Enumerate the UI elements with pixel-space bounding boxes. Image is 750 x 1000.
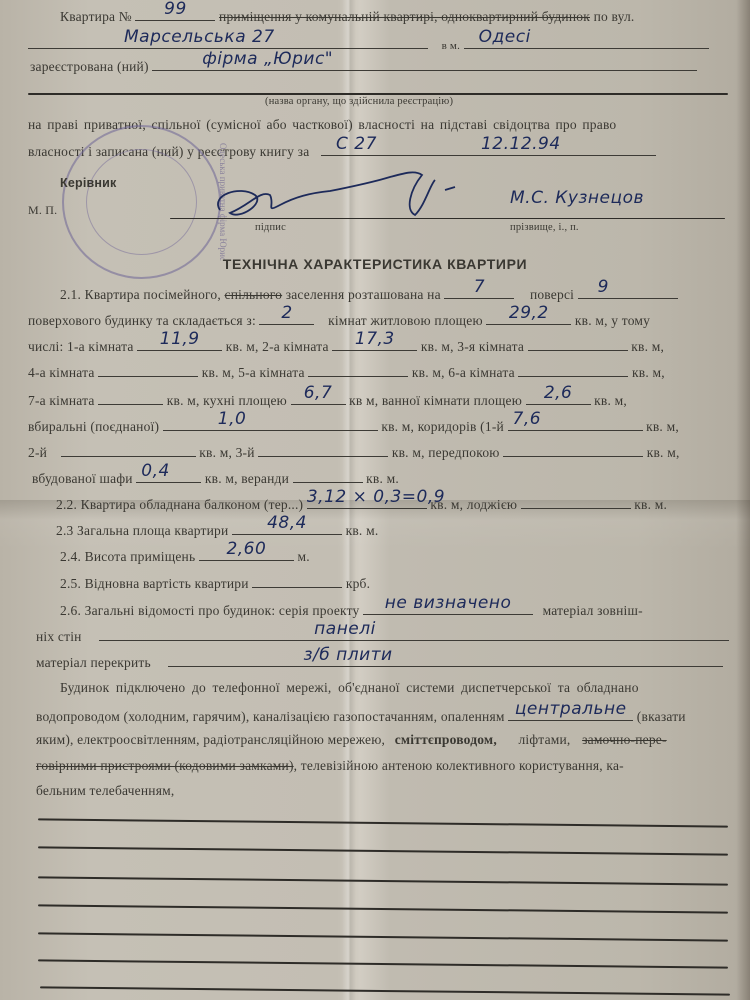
utilities-line-4: говірними пристроями (кодовими замками),…	[36, 758, 624, 774]
utilities-line-3: яким), електроосвітленням, радіотрансляц…	[36, 732, 667, 748]
registration-caption: (назва органу, що здійснила реєстрацію)	[265, 96, 453, 107]
manager-label: Керівник	[60, 176, 116, 190]
section-2-1-line-8: вбудованої шафи 0,4 кв. м, веранди кв. м…	[32, 468, 399, 487]
corridor3-field	[258, 442, 388, 457]
floors-material-field: з/б плити	[168, 652, 723, 667]
room4-field	[98, 362, 198, 377]
loggia-field	[521, 494, 631, 509]
room5-field	[308, 362, 408, 377]
apartment-line: Квартира № 99 приміщення у комунальній к…	[60, 6, 635, 25]
hallway-field	[503, 442, 643, 457]
bathroom-field: 2,6	[526, 390, 591, 405]
paper-edge	[736, 0, 750, 1000]
veranda-field	[293, 468, 363, 483]
room7-field	[98, 390, 163, 405]
street-field: Марсельська 27	[28, 34, 428, 49]
registry-field: С 27 12.12.94	[321, 141, 656, 156]
registered-field: фірма „Юрис"	[152, 56, 697, 71]
corridor2-field	[61, 442, 196, 457]
rooms-field: 2	[259, 310, 314, 325]
mp-label: М. П.	[28, 203, 57, 218]
section-2-1-line-5: 7-а кімната кв. м, кухні площею 6,7 кв м…	[28, 390, 627, 409]
struck-text: приміщення у комунальній квартирі, однок…	[219, 9, 590, 24]
section-2-1-line-7: 2-й кв. м, 3-й кв. м, передпокою кв. м,	[28, 442, 680, 461]
walls-material-field: панелі	[99, 626, 729, 641]
room6-field	[518, 362, 628, 377]
total-area-field: 48,4	[232, 520, 342, 535]
name-caption: прізвище, і., п.	[510, 222, 579, 233]
kitchen-field: 6,7	[291, 390, 346, 405]
balcony-field: 3,12 × 0,3=0,9	[307, 494, 427, 509]
utilities-line-2: водопроводом (холодним, гарячим), каналі…	[36, 706, 686, 725]
apartment-number-field: 99	[135, 6, 215, 21]
document-page: Квартира № 99 приміщення у комунальній к…	[0, 0, 750, 1000]
corridor1-field: 7,6	[508, 416, 643, 431]
heating-field: центральне	[508, 706, 633, 721]
room3-field	[528, 336, 628, 351]
section-2-1-line-3: числі: 1-а кімната 11,9 кв. м, 2-а кімна…	[28, 336, 664, 355]
signature	[200, 165, 500, 235]
ceiling-height-field: 2,60	[199, 546, 294, 561]
section-2-5-line: 2.5. Відновна вартість квартири крб.	[60, 573, 370, 592]
utilities-line-1: Будинок підключено до телефонної мережі,…	[60, 680, 639, 696]
living-area-field: 29,2	[486, 310, 571, 325]
section-2-4-line: 2.4. Висота приміщень 2,60 м.	[60, 546, 310, 565]
room2-field: 17,3	[332, 336, 417, 351]
series-field: не визначено	[363, 600, 533, 615]
floor-field: 7	[444, 284, 514, 299]
section-2-6-line-1: 2.6. Загальні відомості про будинок: сер…	[60, 600, 643, 619]
section-2-1-line-1: 2.1. Квартира посімейного, спільного зас…	[60, 284, 678, 303]
section-2-1-line-2: поверхового будинку та складається з: 2 …	[28, 310, 650, 329]
utilities-line-5: бельним телебаченням,	[36, 783, 174, 799]
toilet-field: 1,0	[163, 416, 378, 431]
room1-field: 11,9	[137, 336, 222, 351]
section-title: ТЕХНІЧНА ХАРАКТЕРИСТИКА КВАРТИРИ	[0, 256, 750, 272]
section-2-1-line-6: вбиральні (поєднаної) 1,0 кв. м, коридор…	[28, 416, 679, 435]
registered-line: зареєстрована (ний) фірма „Юрис"	[30, 56, 697, 75]
section-2-6-line-3: матеріал перекрить з/б плити	[36, 652, 723, 671]
section-2-6-line-2: ніх стін панелі	[36, 626, 729, 645]
section-2-3-line: 2.3 Загальна площа квартири 48,4 кв. м.	[56, 520, 378, 539]
registration-line	[28, 93, 728, 95]
section-2-2-line: 2.2. Квартира обладнана балконом (тер...…	[56, 494, 667, 513]
city-field: Одесі	[464, 34, 709, 49]
total-floors-field: 9	[578, 284, 678, 299]
section-2-1-line-4: 4-а кімната кв. м, 5-а кімната кв. м, 6-…	[28, 362, 665, 381]
signature-caption: підпис	[255, 222, 286, 233]
closet-field: 0,4	[136, 468, 201, 483]
replacement-value-field	[252, 573, 342, 588]
